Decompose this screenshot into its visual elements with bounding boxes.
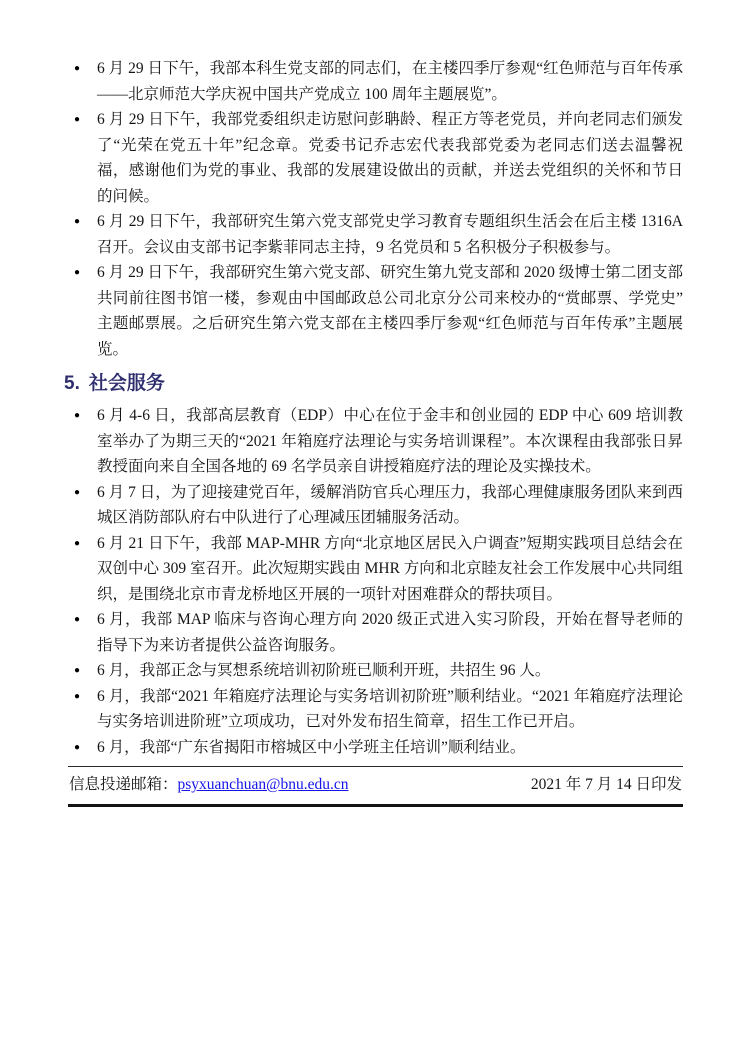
footer-email-link[interactable]: psyxuanchuan@bnu.edu.cn — [178, 772, 349, 798]
bullet-text: 6 月，我部 MAP 临床与咨询心理方向 2020 级正式进入实习阶段，开始在督… — [97, 611, 683, 654]
list-item: ●6 月 29 日下午，我部研究生第六党支部党史学习教育专题组织生活会在后主楼 … — [68, 209, 683, 260]
page-footer: 信息投递邮箱： psyxuanchuan@bnu.edu.cn 2021 年 7… — [68, 766, 683, 807]
bullet-icon: ● — [74, 209, 80, 235]
bullet-text: 6 月 29 日下午，我部本科生党支部的同志们，在主楼四季厅参观“红色师范与百年… — [97, 60, 683, 103]
bullet-text: 6 月 4-6 日，我部高层教育（EDP）中心在位于金丰和创业园的 EDP 中心… — [97, 407, 683, 475]
bullet-icon: ● — [74, 403, 80, 429]
bullet-icon: ● — [74, 480, 80, 506]
footer-email-label: 信息投递邮箱： — [69, 772, 178, 798]
bullet-icon: ● — [74, 56, 80, 82]
bullet-icon: ● — [74, 607, 80, 633]
list-item: ●6 月 29 日下午，我部本科生党支部的同志们，在主楼四季厅参观“红色师范与百… — [68, 56, 683, 107]
party-activities-list: ●6 月 29 日下午，我部本科生党支部的同志们，在主楼四季厅参观“红色师范与百… — [68, 56, 683, 362]
list-item: ●6 月 21 日下午，我部 MAP-MHR 方向“北京地区居民入户调查”短期实… — [68, 531, 683, 608]
bullet-text: 6 月 29 日下午，我部党委组织走访慰问彭聃龄、程正方等老党员，并向老同志们颁… — [97, 111, 683, 205]
list-item: ●6 月 29 日下午，我部党委组织走访慰问彭聃龄、程正方等老党员，并向老同志们… — [68, 107, 683, 209]
bullet-icon: ● — [74, 684, 80, 710]
section-number: 5. — [64, 373, 80, 394]
list-item: ●6 月，我部 MAP 临床与咨询心理方向 2020 级正式进入实习阶段，开始在… — [68, 607, 683, 658]
list-item: ●6 月 29 日下午，我部研究生第六党支部、研究生第九党支部和 2020 级博… — [68, 260, 683, 362]
bullet-text: 6 月 29 日下午，我部研究生第六党支部党史学习教育专题组织生活会在后主楼 1… — [97, 213, 683, 256]
list-item: ●6 月，我部“2021 年箱庭疗法理论与实务培训初阶班”顺利结业。“2021 … — [68, 684, 683, 735]
bullet-icon: ● — [74, 531, 80, 557]
bullet-icon: ● — [74, 107, 80, 133]
bullet-text: 6 月 21 日下午，我部 MAP-MHR 方向“北京地区居民入户调查”短期实践… — [97, 535, 683, 603]
bullet-icon: ● — [74, 658, 80, 684]
list-item: ●6 月 4-6 日，我部高层教育（EDP）中心在位于金丰和创业园的 EDP 中… — [68, 403, 683, 480]
list-item: ●6 月，我部“广东省揭阳市榕城区中小学班主任培训”顺利结业。 — [68, 735, 683, 761]
document-page: ●6 月 29 日下午，我部本科生党支部的同志们，在主楼四季厅参观“红色师范与百… — [0, 0, 750, 1060]
bullet-icon: ● — [74, 260, 80, 286]
social-services-list: ●6 月 4-6 日，我部高层教育（EDP）中心在位于金丰和创业园的 EDP 中… — [68, 403, 683, 760]
bullet-text: 6 月，我部“2021 年箱庭疗法理论与实务培训初阶班”顺利结业。“2021 年… — [97, 688, 683, 731]
footer-print-date: 2021 年 7 月 14 日印发 — [531, 772, 682, 798]
bullet-text: 6 月，我部正念与冥想系统培训初阶班已顺利开班，共招生 96 人。 — [97, 662, 550, 679]
list-item: ●6 月，我部正念与冥想系统培训初阶班已顺利开班，共招生 96 人。 — [68, 658, 683, 684]
bullet-text: 6 月 7 日，为了迎接建党百年，缓解消防官兵心理压力，我部心理健康服务团队来到… — [97, 484, 683, 527]
bullet-text: 6 月 29 日下午，我部研究生第六党支部、研究生第九党支部和 2020 级博士… — [97, 264, 683, 358]
section-title: 社会服务 — [89, 373, 165, 394]
bullet-text: 6 月，我部“广东省揭阳市榕城区中小学班主任培训”顺利结业。 — [97, 739, 525, 756]
list-item: ●6 月 7 日，为了迎接建党百年，缓解消防官兵心理压力，我部心理健康服务团队来… — [68, 480, 683, 531]
section-heading: 5.社会服务 — [64, 370, 683, 397]
bullet-icon: ● — [74, 735, 80, 761]
